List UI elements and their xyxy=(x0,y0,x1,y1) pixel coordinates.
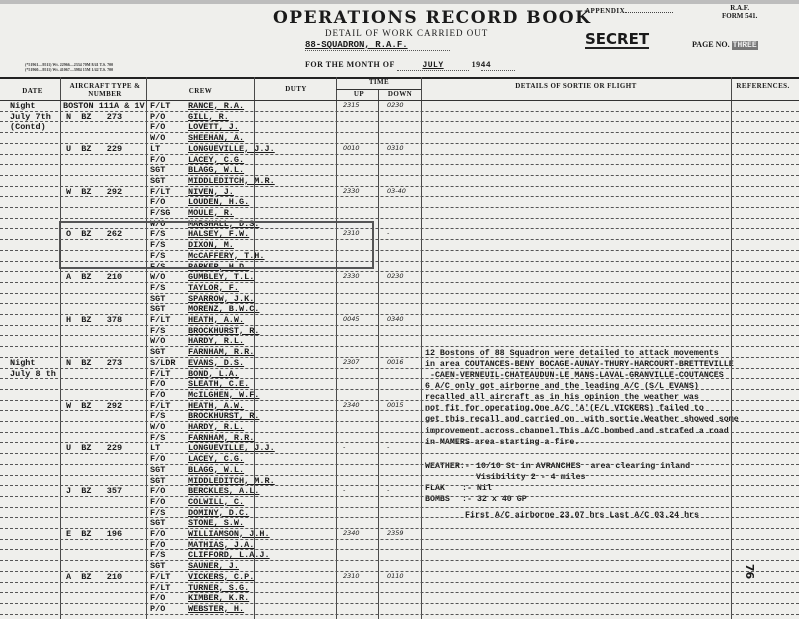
crew-rank: F/LT xyxy=(150,101,170,111)
crew-name: MATHIAS, J.A. xyxy=(188,540,254,550)
row-rule xyxy=(0,271,799,273)
crew-rank: F/LT xyxy=(150,187,170,197)
month-label: FOR THE MONTH OF xyxy=(305,60,395,69)
crew-rank: W/O xyxy=(150,272,165,282)
crew-rank: F/O xyxy=(150,390,165,400)
time-header-divider xyxy=(336,89,421,91)
crew-rank: P/O xyxy=(150,604,165,614)
row-rule xyxy=(0,485,799,487)
crew-name: COLWILL, C. xyxy=(188,497,244,507)
sortie-detail-line: recalled all aircraft as in his opinion … xyxy=(425,392,699,403)
row-rule xyxy=(0,218,799,220)
crew-name: LOVETT, J. xyxy=(188,122,239,132)
aircraft-serial: E BZ 196 xyxy=(66,529,122,539)
weather-visibility: Visibility 2 - 4 miles xyxy=(476,472,586,483)
document-title: OPERATIONS RECORD BOOK xyxy=(273,8,591,28)
form-number-label: FORM 541. xyxy=(722,12,757,20)
column-header-date: DATE xyxy=(5,87,60,95)
row-rule xyxy=(0,175,799,177)
crew-name: STONE, S.W. xyxy=(188,518,244,528)
crew-rank: F/S xyxy=(150,508,165,518)
time-down: - xyxy=(387,486,389,494)
column-header-up: UP xyxy=(338,90,380,98)
row-rule xyxy=(0,528,799,530)
row-rule xyxy=(0,368,799,370)
crew-name: GUMBLEY, T.L. xyxy=(188,272,254,282)
crew-name: WEBSTER, H. xyxy=(188,604,244,614)
crew-name: HEATH, A.W. xyxy=(188,315,244,325)
column-header-details: DETAILS OF SORTIE OR FLIGHT xyxy=(422,82,730,90)
time-down: 2359 xyxy=(387,529,404,537)
row-rule xyxy=(0,442,799,444)
row-rule xyxy=(0,196,799,198)
crew-name: BROCKHURST, R. xyxy=(188,326,259,336)
row-rule xyxy=(0,121,799,123)
row-rule xyxy=(0,539,799,541)
crew-rank: F/SG xyxy=(150,208,170,218)
row-rule xyxy=(0,207,799,209)
print-reference-line: (*51960—9511) Wt. 41067—3984 15M 1/42 T.… xyxy=(25,67,113,72)
time-down: 03-40 xyxy=(387,187,406,195)
row-rule xyxy=(0,314,799,316)
row-rule xyxy=(0,410,799,412)
crew-rank: F/O xyxy=(150,122,165,132)
crew-name: LACEY, C.G. xyxy=(188,155,244,165)
time-down: 0340 xyxy=(387,315,404,323)
form-org: R.A.F. xyxy=(722,4,757,12)
aircraft-serial: U BZ 229 xyxy=(66,144,122,154)
crew-rank: F/LT xyxy=(150,315,170,325)
row-rule xyxy=(0,357,799,359)
row-rule xyxy=(0,154,799,156)
classification-stamp: SECRET xyxy=(585,31,649,49)
row-rule xyxy=(0,132,799,134)
entry-date: (Contd) xyxy=(10,122,46,132)
column-header-duty: DUTY xyxy=(256,85,336,93)
row-rule xyxy=(0,549,799,551)
crew-name: HEATH, A.W. xyxy=(188,401,244,411)
row-rule xyxy=(0,282,799,284)
crew-rank: F/O xyxy=(150,379,165,389)
column-header-aircraft: AIRCRAFT TYPE & NUMBER xyxy=(64,82,146,98)
crew-name: MOULE, R. xyxy=(188,208,234,218)
row-rule xyxy=(0,603,799,605)
time-up: 2330 xyxy=(343,187,360,195)
row-rule xyxy=(0,261,799,263)
crew-name: BROCKHURST, R. xyxy=(188,411,259,421)
crew-name: NIVEN, J. xyxy=(188,187,234,197)
row-rule xyxy=(0,250,799,252)
row-rule xyxy=(0,303,799,305)
crew-name: TURNER, S.G. xyxy=(188,583,249,593)
crew-rank: LT xyxy=(150,443,160,453)
aircraft-serial: U BZ 229 xyxy=(66,443,122,453)
row-rule xyxy=(0,400,799,402)
time-down: - xyxy=(387,229,389,237)
entry-date: July 8 th xyxy=(10,369,56,379)
crew-rank: W/O xyxy=(150,336,165,346)
aircraft-serial: A BZ 210 xyxy=(66,272,122,282)
row-rule xyxy=(0,389,799,391)
squadron-name: 88-SQUADRON, R.A.F. xyxy=(305,40,450,51)
crew-rank: SGT xyxy=(150,518,165,528)
aircraft-serial: W BZ 292 xyxy=(66,401,122,411)
column-header-time: TIME xyxy=(338,78,420,86)
crew-rank: F/O xyxy=(150,197,165,207)
crew-name: BOND, L.A. xyxy=(188,369,239,379)
crew-name: BLAGG, W.L. xyxy=(188,465,244,475)
time-up: - xyxy=(343,486,345,494)
row-rule xyxy=(0,592,799,594)
aircraft-serial: N BZ 273 xyxy=(66,112,122,122)
crew-rank: F/O xyxy=(150,486,165,496)
print-reference: (*51961—9511) Wt. 22966—2334 70M 8/41 T.… xyxy=(25,62,113,72)
column-header-down: DOWN xyxy=(380,90,420,98)
appendix-label: APPENDIX xyxy=(585,7,625,15)
entry-date: Night xyxy=(10,358,36,368)
crew-name: BERCKLES, A.L. xyxy=(188,486,259,496)
crew-name: RANCE, R.A. xyxy=(188,101,244,111)
row-rule xyxy=(0,432,799,434)
sortie-detail-line: not fit for operating.One A/C 'A'(F/L VI… xyxy=(425,403,704,414)
row-rule xyxy=(0,475,799,477)
record-table: DATE AIRCRAFT TYPE & NUMBER CREW DUTY TI… xyxy=(0,77,799,619)
row-rule xyxy=(0,507,799,509)
crew-rank: SGT xyxy=(150,165,165,175)
time-up: 0045 xyxy=(343,315,360,323)
page-number: PAGE NO. THREE xyxy=(692,40,758,50)
crew-name: VICKERS, C.P. xyxy=(188,572,254,582)
crew-rank: F/S xyxy=(150,283,165,293)
crew-name: WILLIAMSON, J.H. xyxy=(188,529,270,539)
crew-rank: LT xyxy=(150,144,160,154)
crew-name: FARNHAM, R.R. xyxy=(188,347,254,357)
crew-name: LACEY, C.G. xyxy=(188,454,244,464)
crew-name: LONGUEVILLE, J.J. xyxy=(188,443,275,453)
crew-rank: F/O xyxy=(150,529,165,539)
aircraft-type: BOSTON 111A & 1V xyxy=(63,101,145,111)
crew-rank: F/LT xyxy=(150,583,170,593)
crew-rank: F/LT xyxy=(150,401,170,411)
crew-rank: P/O xyxy=(150,112,165,122)
crew-rank: F/S xyxy=(150,433,165,443)
time-up: 2315 xyxy=(343,101,360,109)
crew-rank: F/O xyxy=(150,155,165,165)
time-down: 0230 xyxy=(387,272,404,280)
row-rule xyxy=(0,293,799,295)
time-up: 2307 xyxy=(343,358,360,366)
crew-name: TAYLOR, F. xyxy=(188,283,239,293)
row-rule xyxy=(0,228,799,230)
form-number: R.A.F. FORM 541. xyxy=(722,4,757,20)
row-rule xyxy=(0,143,799,145)
crew-name: EVANS, D.S. xyxy=(188,358,244,368)
page-value: THREE xyxy=(732,41,758,50)
aircraft-serial: W BZ 292 xyxy=(66,187,122,197)
row-rule xyxy=(0,421,799,423)
aircraft-serial: N BZ 273 xyxy=(66,358,122,368)
year-prefix: 19 xyxy=(472,60,481,69)
crew-name: HARDY, R.L. xyxy=(188,336,244,346)
time-up: 2310 xyxy=(343,572,360,580)
crew-rank: W/O xyxy=(150,133,165,143)
row-rule xyxy=(0,186,799,188)
row-rule xyxy=(0,496,799,498)
row-rule xyxy=(0,346,799,348)
flight-summary: First A/C airborne 23.07 hrs Last A/C 03… xyxy=(465,510,699,521)
time-down: 0310 xyxy=(387,144,404,152)
row-rule xyxy=(0,335,799,337)
time-down: 0230 xyxy=(387,101,404,109)
row-rule xyxy=(0,453,799,455)
crew-rank: F/LT xyxy=(150,572,170,582)
crew-rank: F/S xyxy=(150,326,165,336)
entry-date: July 7th xyxy=(10,112,51,122)
time-up: 2340 xyxy=(343,529,360,537)
document-subtitle: DETAIL OF WORK CARRIED OUT xyxy=(325,28,488,38)
row-rule xyxy=(0,164,799,166)
crew-name: LOUDEN, H.G. xyxy=(188,197,249,207)
row-rule xyxy=(0,614,799,616)
crew-name: SAUNER, J. xyxy=(188,561,239,571)
crew-rank: SGT xyxy=(150,561,165,571)
crew-rank: SGT xyxy=(150,176,165,186)
crew-rank: S/LDR xyxy=(150,358,176,368)
crew-name: MORENZ, B.W.C. xyxy=(188,304,259,314)
time-up: 0010 xyxy=(343,144,360,152)
crew-name: LONGUEVILLE, J.J. xyxy=(188,144,275,154)
row-rule xyxy=(0,464,799,466)
time-down: 0016 xyxy=(387,358,404,366)
crew-name: SLEATH, C.E. xyxy=(188,379,249,389)
sortie-detail-line: get this recall and carried on with sort… xyxy=(425,414,739,425)
aircraft-serial: H BZ 378 xyxy=(66,315,122,325)
crew-name: MIDDLEDITCH, M.R. xyxy=(188,476,275,486)
crew-rank: F/S xyxy=(150,411,165,421)
row-rule xyxy=(0,111,799,113)
weather-label: WEATHER:- xyxy=(425,461,470,472)
crew-rank: W/O xyxy=(150,422,165,432)
row-rule xyxy=(0,378,799,380)
row-rule xyxy=(0,239,799,241)
time-up: 2330 xyxy=(343,272,360,280)
time-down: 0015 xyxy=(387,401,404,409)
crew-name: DOMINY, D.C. xyxy=(188,508,249,518)
crew-name: HARDY, R.L. xyxy=(188,422,244,432)
crew-name: CLIFFORD, L.A.J. xyxy=(188,550,270,560)
record-page: (*51961—9511) Wt. 22966—2334 70M 8/41 T.… xyxy=(0,4,799,619)
year-value: 44 xyxy=(481,61,515,71)
row-rule xyxy=(0,571,799,573)
crew-rank: F/O xyxy=(150,593,165,603)
row-rule xyxy=(0,517,799,519)
row-rule xyxy=(0,560,799,562)
crew-rank: F/O xyxy=(150,454,165,464)
column-header-references: REFERENCES. xyxy=(730,82,796,90)
month-field: FOR THE MONTH OF JULY 1944 xyxy=(305,60,515,71)
crew-name: BLAGG, W.L. xyxy=(188,165,244,175)
crew-rank: SGT xyxy=(150,347,165,357)
crew-name: FARNHAM, R.R. xyxy=(188,433,254,443)
crew-name: GILL, R. xyxy=(188,112,229,122)
page-label: PAGE NO. xyxy=(692,40,730,49)
crew-name: McILGHEN, W.F. xyxy=(188,390,259,400)
aircraft-serial: J BZ 357 xyxy=(66,486,122,496)
crew-name: SPARROW, J.K. xyxy=(188,294,254,304)
column-header-crew: CREW xyxy=(148,87,253,95)
time-up: - xyxy=(343,443,345,451)
crew-rank: SGT xyxy=(150,465,165,475)
crew-rank: F/O xyxy=(150,540,165,550)
time-down: - xyxy=(387,443,389,451)
crew-name: KIMBER, K.R. xyxy=(188,593,249,603)
crew-rank: F/LT xyxy=(150,369,170,379)
entry-date: Night xyxy=(10,101,36,111)
row-rule xyxy=(0,100,799,102)
crew-rank: SGT xyxy=(150,294,165,304)
month-value: JULY xyxy=(397,61,469,71)
appendix-field: APPENDIX xyxy=(585,7,673,15)
crew-name: SHEEHAN, A. xyxy=(188,133,244,143)
aircraft-serial: A BZ 210 xyxy=(66,572,122,582)
row-rule xyxy=(0,582,799,584)
weather-line: 10/10 St in AVRANCHES area clearing inla… xyxy=(476,461,690,472)
time-down: 0110 xyxy=(387,572,404,580)
crew-rank: F/O xyxy=(150,497,165,507)
crew-rank: SGT xyxy=(150,476,165,486)
row-rule xyxy=(0,325,799,327)
time-up: 2340 xyxy=(343,401,360,409)
crew-rank: F/S xyxy=(150,550,165,560)
crew-name: MIDDLEDITCH, M.R. xyxy=(188,176,275,186)
crew-rank: SGT xyxy=(150,304,165,314)
